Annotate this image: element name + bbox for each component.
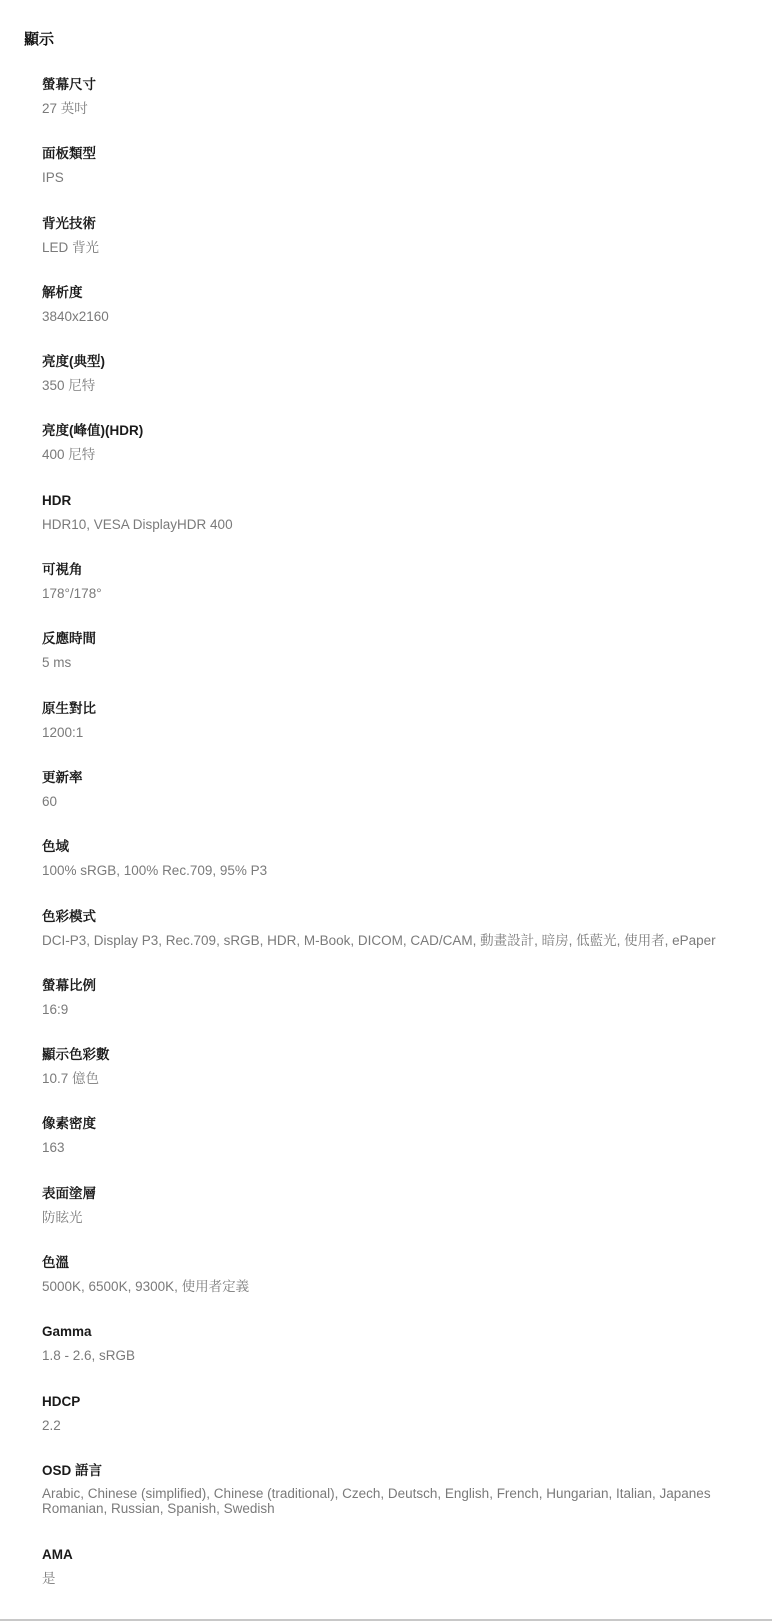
spec-value: 2.2 xyxy=(42,1417,772,1435)
spec-viewing-angle: 可視角 178°/178° xyxy=(42,561,772,630)
spec-screen-size: 螢幕尺寸 27 英吋 xyxy=(42,76,772,145)
spec-label: HDR xyxy=(42,492,772,510)
spec-value: Arabic, Chinese (simplified), Chinese (t… xyxy=(42,1486,772,1516)
spec-value: 163 xyxy=(42,1139,772,1157)
spec-color-modes: 色彩模式 DCI-P3, Display P3, Rec.709, sRGB, … xyxy=(42,908,772,977)
spec-label: 螢幕比例 xyxy=(42,977,772,995)
spec-gamma: Gamma 1.8 - 2.6, sRGB xyxy=(42,1323,772,1392)
spec-label: 可視角 xyxy=(42,561,772,579)
spec-panel-type: 面板類型 IPS xyxy=(42,145,772,214)
spec-ama: AMA 是 xyxy=(42,1546,772,1615)
spec-label: 表面塗層 xyxy=(42,1185,772,1203)
spec-value: 16:9 xyxy=(42,1001,772,1019)
spec-value: 5 ms xyxy=(42,654,772,672)
spec-pixel-density: 像素密度 163 xyxy=(42,1115,772,1184)
spec-label: AMA xyxy=(42,1546,772,1564)
spec-label: 亮度(峰值)(HDR) xyxy=(42,422,772,440)
spec-value: 防眩光 xyxy=(42,1209,772,1227)
spec-value-line-2: Romanian, Russian, Spanish, Swedish xyxy=(42,1501,772,1516)
spec-value: 27 英吋 xyxy=(42,100,772,118)
spec-value: 60 xyxy=(42,793,772,811)
spec-value: DCI-P3, Display P3, Rec.709, sRGB, HDR, … xyxy=(42,932,772,950)
spec-label: 像素密度 xyxy=(42,1115,772,1133)
spec-value: HDR10, VESA DisplayHDR 400 xyxy=(42,516,772,534)
spec-brightness-typical: 亮度(典型) 350 尼特 xyxy=(42,353,772,422)
spec-color-gamut: 色域 100% sRGB, 100% Rec.709, 95% P3 xyxy=(42,838,772,907)
spec-value: 100% sRGB, 100% Rec.709, 95% P3 xyxy=(42,862,772,880)
spec-label: OSD 語言 xyxy=(42,1462,772,1480)
spec-color-temperature: 色溫 5000K, 6500K, 9300K, 使用者定義 xyxy=(42,1254,772,1323)
spec-label: HDCP xyxy=(42,1393,772,1411)
spec-label: 亮度(典型) xyxy=(42,353,772,371)
spec-value: 是 xyxy=(42,1570,772,1588)
spec-label: 色域 xyxy=(42,838,772,856)
spec-osd-language: OSD 語言 Arabic, Chinese (simplified), Chi… xyxy=(42,1462,772,1546)
spec-display-colors: 顯示色彩數 10.7 億色 xyxy=(42,1046,772,1115)
spec-value: 1.8 - 2.6, sRGB xyxy=(42,1347,772,1365)
spec-value: 350 尼特 xyxy=(42,377,772,395)
spec-refresh-rate: 更新率 60 xyxy=(42,769,772,838)
spec-brightness-peak-hdr: 亮度(峰值)(HDR) 400 尼特 xyxy=(42,422,772,491)
spec-label: 面板類型 xyxy=(42,145,772,163)
spec-surface-coating: 表面塗層 防眩光 xyxy=(42,1185,772,1254)
bottom-divider xyxy=(0,1619,772,1621)
spec-native-contrast: 原生對比 1200:1 xyxy=(42,700,772,769)
spec-response-time: 反應時間 5 ms xyxy=(42,630,772,699)
spec-value: 10.7 億色 xyxy=(42,1070,772,1088)
section-title: 顯示 xyxy=(24,28,54,49)
spec-hdr: HDR HDR10, VESA DisplayHDR 400 xyxy=(42,492,772,561)
spec-value: 5000K, 6500K, 9300K, 使用者定義 xyxy=(42,1278,772,1296)
spec-label: 解析度 xyxy=(42,284,772,302)
spec-label: 背光技術 xyxy=(42,215,772,233)
spec-value-line-1: Arabic, Chinese (simplified), Chinese (t… xyxy=(42,1486,772,1501)
spec-label: 顯示色彩數 xyxy=(42,1046,772,1064)
spec-hdcp: HDCP 2.2 xyxy=(42,1393,772,1462)
spec-aspect-ratio: 螢幕比例 16:9 xyxy=(42,977,772,1046)
spec-label: 螢幕尺寸 xyxy=(42,76,772,94)
spec-label: 色溫 xyxy=(42,1254,772,1272)
spec-label: 更新率 xyxy=(42,769,772,787)
spec-label: 色彩模式 xyxy=(42,908,772,926)
spec-value: 1200:1 xyxy=(42,724,772,742)
spec-label: 原生對比 xyxy=(42,700,772,718)
spec-backlight: 背光技術 LED 背光 xyxy=(42,215,772,284)
spec-resolution: 解析度 3840x2160 xyxy=(42,284,772,353)
spec-label: 反應時間 xyxy=(42,630,772,648)
spec-value: LED 背光 xyxy=(42,239,772,257)
spec-value: 3840x2160 xyxy=(42,308,772,326)
spec-value: IPS xyxy=(42,169,772,187)
spec-value: 400 尼特 xyxy=(42,446,772,464)
spec-list: 螢幕尺寸 27 英吋 面板類型 IPS 背光技術 LED 背光 解析度 3840… xyxy=(42,76,772,1615)
spec-label: Gamma xyxy=(42,1323,772,1341)
spec-value: 178°/178° xyxy=(42,585,772,603)
